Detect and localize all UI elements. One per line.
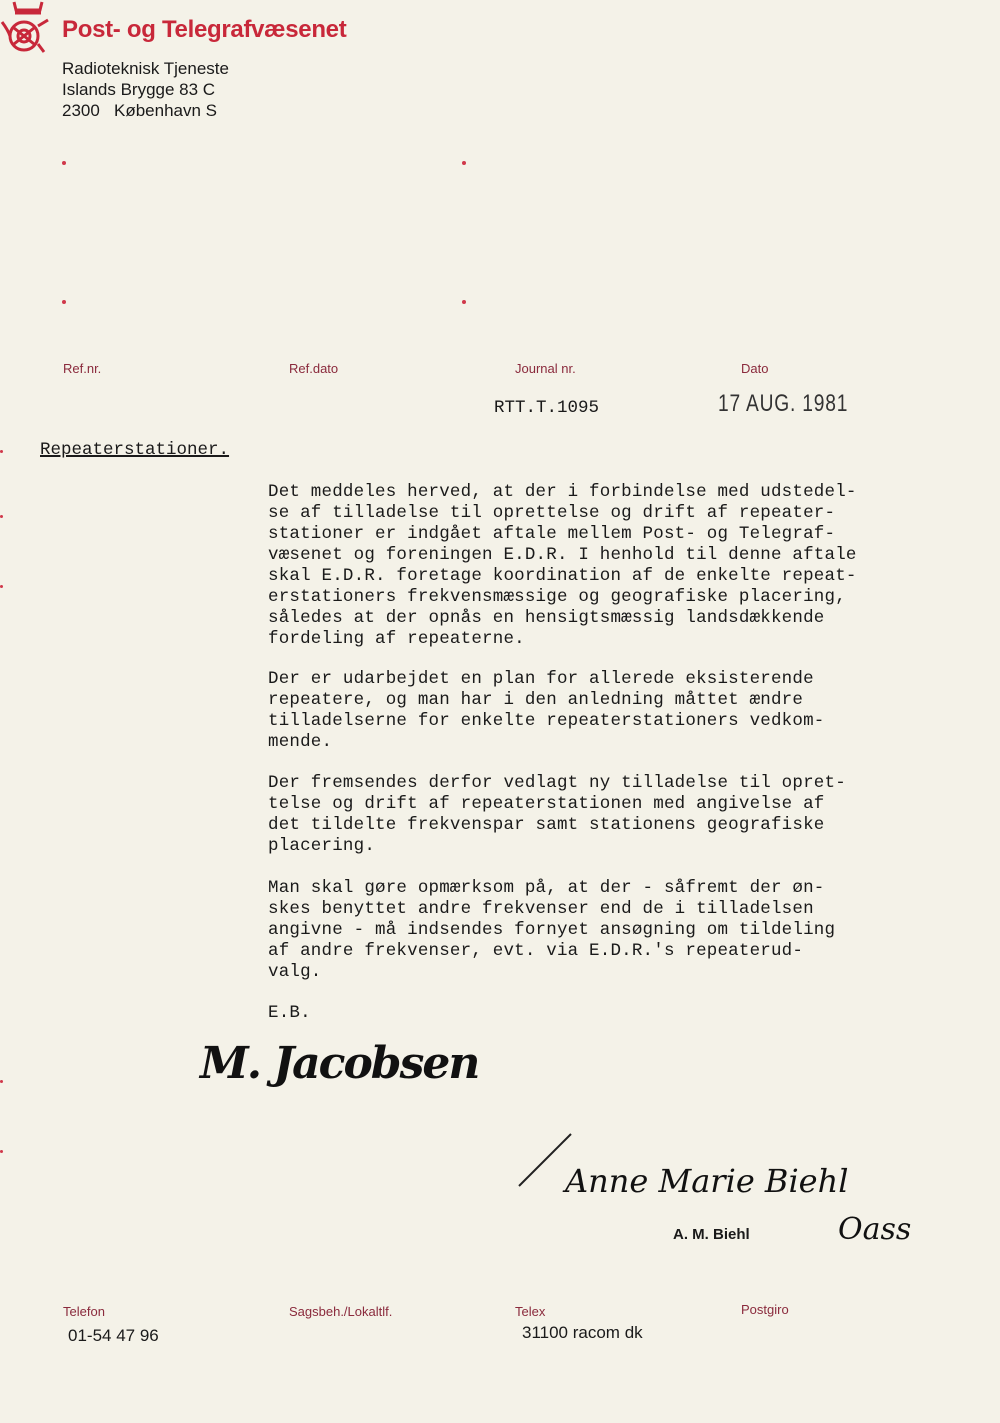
dato-label: Dato — [741, 361, 768, 376]
street-address: Islands Brygge 83 C — [62, 79, 229, 100]
sagsbeh-label: Sagsbeh./Lokaltlf. — [289, 1304, 392, 1319]
margin-mark — [0, 450, 3, 453]
margin-mark — [0, 585, 3, 588]
city-line: 2300 København S — [62, 100, 229, 121]
body-paragraph-1: Det meddeles herved, at der i forbindels… — [268, 482, 857, 650]
telex-value: 31100 racom dk — [522, 1323, 643, 1343]
signer-title: Oass — [838, 1212, 911, 1247]
body-paragraph-2: Der er udarbejdet en plan for allerede e… — [268, 669, 825, 753]
subject-heading: Repeaterstationer. — [40, 440, 229, 460]
postgiro-label: Postgiro — [741, 1302, 789, 1317]
window-mark — [462, 161, 466, 165]
margin-mark — [0, 515, 3, 518]
journal-nr-value: RTT.T.1095 — [494, 398, 599, 418]
posthorn-crown-icon — [0, 0, 56, 56]
return-address: Radioteknisk Tjeneste Islands Brygge 83 … — [62, 58, 229, 121]
window-mark — [462, 300, 466, 304]
body-paragraph-3: Der fremsendes derfor vedlagt ny tillade… — [268, 773, 846, 857]
date-stamp: 17 AUG. 1981 — [718, 390, 848, 418]
ref-dato-label: Ref.dato — [289, 361, 338, 376]
handwritten-signature-biehl: Anne Marie Biehl — [565, 1162, 848, 1200]
body-paragraph-4: Man skal gøre opmærksom på, at der - såf… — [268, 878, 835, 983]
window-mark — [62, 161, 66, 165]
margin-mark — [0, 1150, 3, 1153]
telefon-value: 01-54 47 96 — [68, 1326, 159, 1346]
ref-nr-label: Ref.nr. — [63, 361, 101, 376]
window-mark — [62, 300, 66, 304]
handwritten-signature-jacobsen: M. Jacobsen — [200, 1038, 478, 1089]
department: Radioteknisk Tjeneste — [62, 58, 229, 79]
journal-nr-label: Journal nr. — [515, 361, 576, 376]
margin-mark — [0, 1080, 3, 1083]
closing-initials: E.B. — [268, 1003, 311, 1024]
telex-label: Telex — [515, 1304, 545, 1319]
signer-name: A. M. Biehl — [673, 1226, 750, 1243]
organization-name: Post- og Telegrafvæsenet — [62, 16, 346, 44]
telefon-label: Telefon — [63, 1304, 105, 1319]
